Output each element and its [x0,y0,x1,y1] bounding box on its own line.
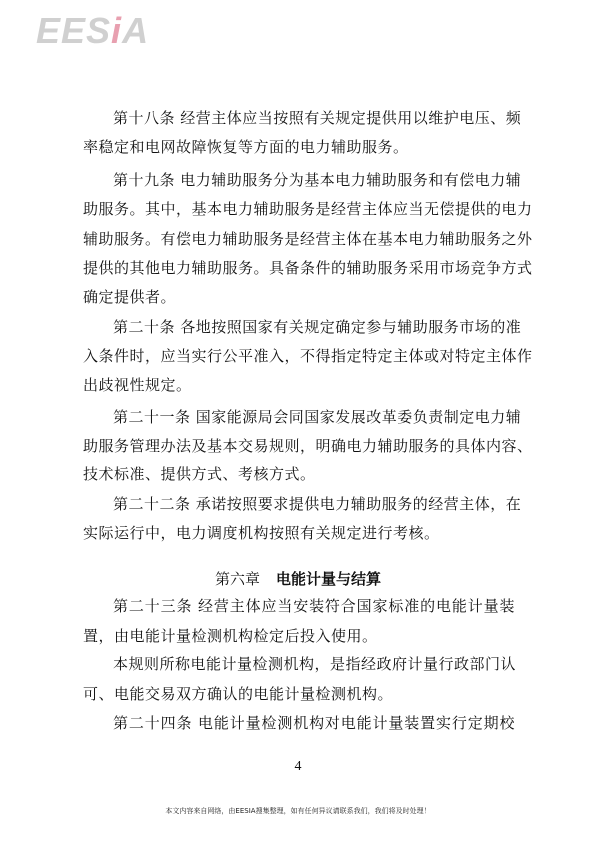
text-line: 入条件时，应当实行公平准入，不得指定特定主体或对特定主体作 [83,346,515,366]
text-line: 可、电能交易双方确认的电能计量检测机构。 [83,684,515,704]
logo-text-end: A [122,10,149,51]
logo-i: i [111,10,122,51]
text-line: 出歧视性规定。 [83,375,515,395]
text-line: 置，由电能计量检测机构检定后投入使用。 [83,626,515,646]
chapter-title: 电能计量与结算 [276,570,381,588]
text-line: 第二十三条 经营主体应当安装符合国家标准的电能计量装 [113,596,515,616]
text-line: 第十八条 经营主体应当按照有关规定提供用以维护电压、频 [113,108,515,128]
text-line: 第二十条 各地按照国家有关规定确定参与辅助服务市场的准 [113,317,515,337]
text-line: 第二十二条 承诺按照要求提供电力辅助服务的经营主体，在 [113,494,515,514]
text-line: 技术标准、提供方式、考核方式。 [83,464,515,484]
chapter-number: 第六章 [215,570,260,588]
text-line: 第十九条 电力辅助服务分为基本电力辅助服务和有偿电力辅 [113,170,515,190]
text-line: 实际运行中，电力调度机构按照有关规定进行考核。 [83,523,515,543]
text-line: 第二十四条 电能计量检测机构对电能计量装置实行定期校 [113,713,515,733]
text-line: 提供的其他电力辅助服务。具备条件的辅助服务采用市场竞争方式 [83,258,515,278]
text-line: 确定提供者。 [83,287,515,307]
eesia-logo: EESiA [36,10,149,52]
text-line: 率稳定和电网故障恢复等方面的电力辅助服务。 [83,137,515,157]
text-line: 本规则所称电能计量检测机构，是指经政府计量行政部门认 [113,654,515,674]
text-line: 辅助服务。有偿电力辅助服务是经营主体在基本电力辅助服务之外 [83,229,515,249]
text-line: 助服务。其中，基本电力辅助服务是经营主体应当无偿提供的电力 [83,199,515,219]
footer-disclaimer: 本文内容来自网络，由EESIA搜集整理，如有任何异议请联系我们，我们将及时处理！ [0,806,596,816]
page-number: 4 [0,759,596,775]
chapter-heading: 第六章电能计量与结算 [0,569,596,589]
logo-text: EES [36,10,111,51]
text-line: 助服务管理办法及基本交易规则，明确电力辅助服务的具体内容、 [83,436,515,456]
text-line: 第二十一条 国家能源局会同国家发展改革委负责制定电力辅 [113,407,515,427]
